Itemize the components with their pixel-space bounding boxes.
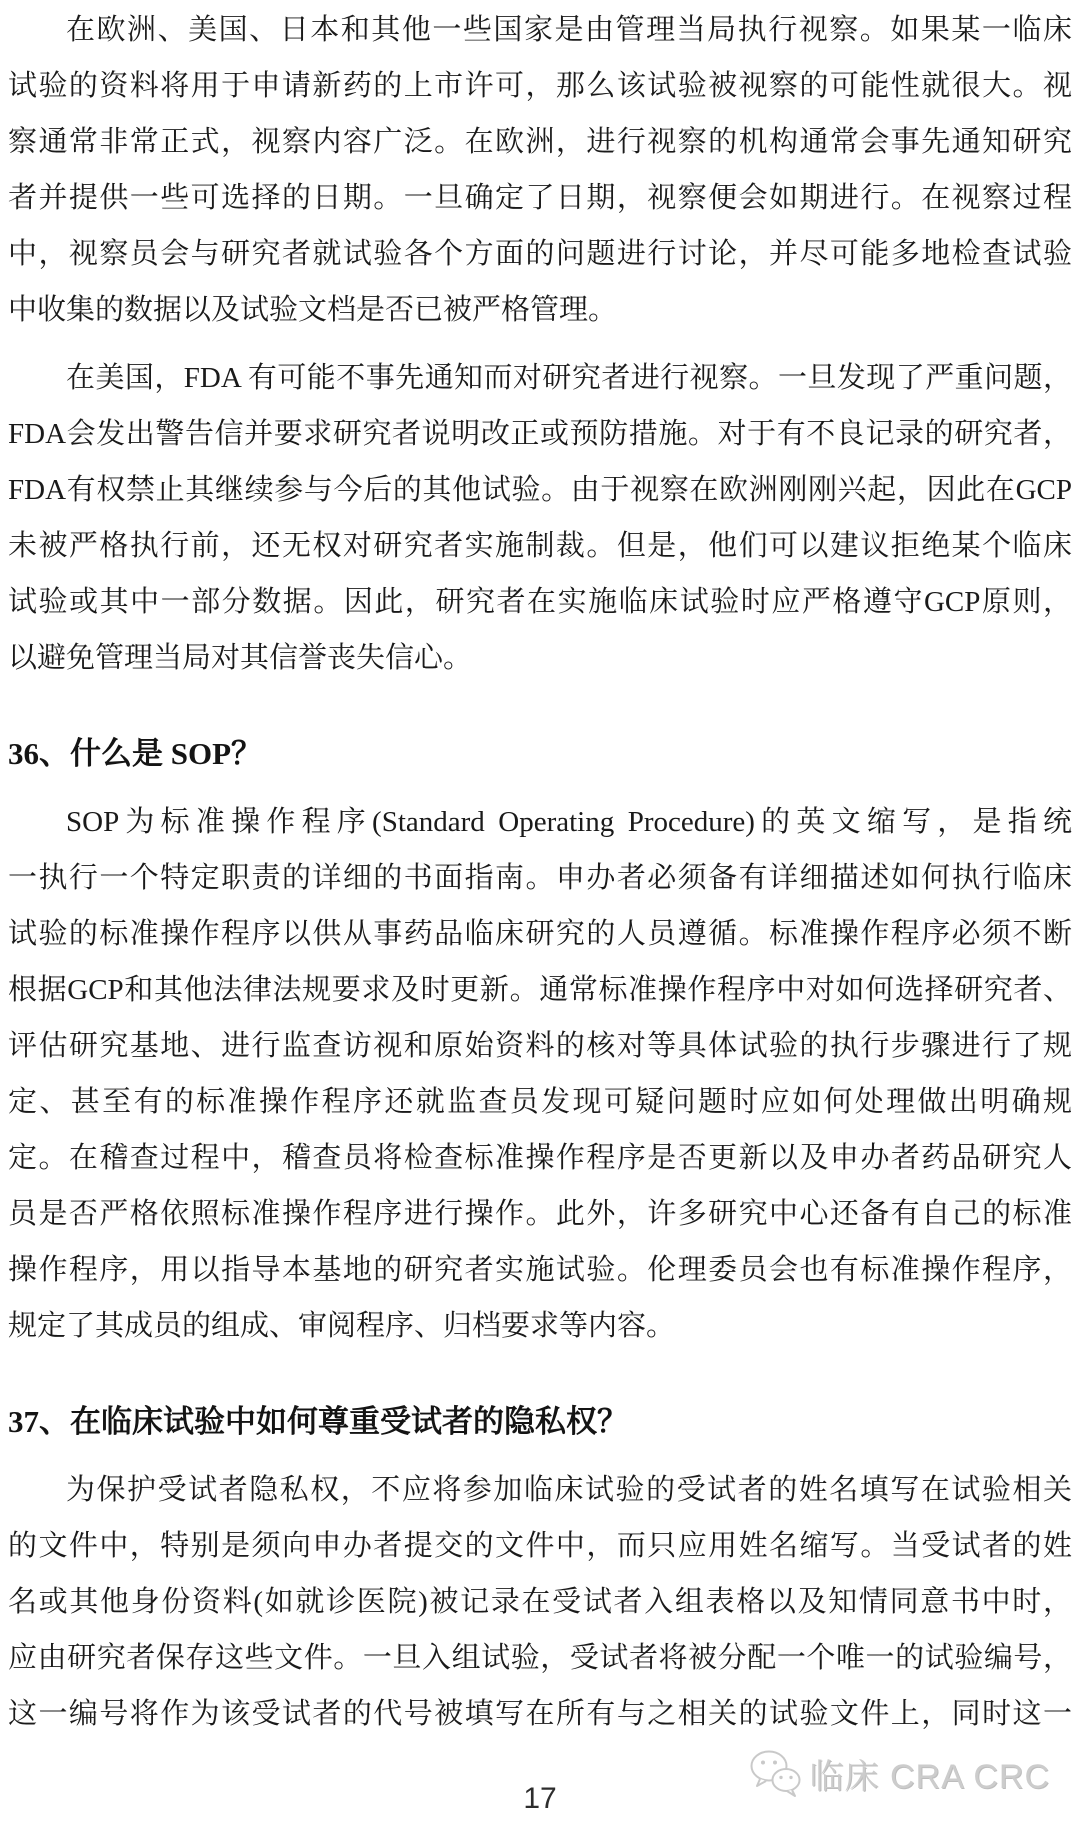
text-line: 定。在稽查过程中，稽查员将检查标准操作程序是否更新以及申办者药品研究人 [8,1130,1072,1186]
text-line: 规定了其成员的组成、审阅程序、归档要求等内容。 [8,1298,1072,1354]
section-heading-37: 37、在临床试验中如何尊重受试者的隐私权？ [8,1394,1072,1450]
text-line: FDA会发出警告信并要求研究者说明改正或预防措施。对于有不良记录的研究者， [8,406,1072,462]
text-line: 试验的标准操作程序以供从事药品临床研究的人员遵循。标准操作程序必须不断 [8,906,1072,962]
text-line: 为保护受试者隐私权，不应将参加临床试验的受试者的姓名填写在试验相关 [8,1462,1072,1518]
text-line: 一执行一个特定职责的详细的书面指南。申办者必须备有详细描述如何执行临床 [8,850,1072,906]
text-line: 中，视察员会与研究者就试验各个方面的问题进行讨论，并尽可能多地检查试验 [8,226,1072,282]
text-line: 员是否严格依照标准操作程序进行操作。此外，许多研究中心还备有自己的标准 [8,1186,1072,1242]
text-line: 应由研究者保存这些文件。一旦入组试验，受试者将被分配一个唯一的试验编号， [8,1630,1072,1686]
section-heading-36: 36、什么是 SOP？ [8,726,1072,782]
text-line: 在美国，FDA 有可能不事先通知而对研究者进行视察。一旦发现了严重问题， [8,350,1072,406]
text-line: 名或其他身份资料(如就诊医院)被记录在受试者入组表格以及知情同意书中时， [8,1574,1072,1630]
text-line: 者并提供一些可选择的日期。一旦确定了日期，视察便会如期进行。在视察过程 [8,170,1072,226]
text-line: SOP为标准操作程序(Standard Operating Procedure)… [8,794,1072,850]
text-line: FDA有权禁止其继续参与今后的其他试验。由于视察在欧洲刚刚兴起，因此在GCP [8,462,1072,518]
text-line: 以避免管理当局对其信誉丧失信心。 [8,630,1072,686]
text-line: 这一编号将作为该受试者的代号被填写在所有与之相关的试验文件上，同时这一 [8,1686,1072,1742]
paragraph: 为保护受试者隐私权，不应将参加临床试验的受试者的姓名填写在试验相关 的文件中，特… [8,1462,1072,1742]
document-page: 在欧洲、美国、日本和其他一些国家是由管理当局执行视察。如果某一临床 试验的资料将… [0,0,1080,1827]
text-line: 察通常非常正式，视察内容广泛。在欧洲，进行视察的机构通常会事先通知研究 [8,114,1072,170]
text-line: 在欧洲、美国、日本和其他一些国家是由管理当局执行视察。如果某一临床 [8,2,1072,58]
paragraph: 在美国，FDA 有可能不事先通知而对研究者进行视察。一旦发现了严重问题， FDA… [8,350,1072,686]
text-line: 定、甚至有的标准操作程序还就监查员发现可疑问题时应如何处理做出明确规 [8,1074,1072,1130]
document-content: 在欧洲、美国、日本和其他一些国家是由管理当局执行视察。如果某一临床 试验的资料将… [8,0,1072,1742]
text-line: 中收集的数据以及试验文档是否已被严格管理。 [8,282,1072,338]
text-line: 评估研究基地、进行监查访视和原始资料的核对等具体试验的执行步骤进行了规 [8,1018,1072,1074]
page-number: 17 [0,1782,1080,1816]
text-line: 试验或其中一部分数据。因此，研究者在实施临床试验时应严格遵守GCP原则， [8,574,1072,630]
text-line: 操作程序，用以指导本基地的研究者实施试验。伦理委员会也有标准操作程序， [8,1242,1072,1298]
text-line: 的文件中，特别是须向申办者提交的文件中，而只应用姓名缩写。当受试者的姓 [8,1518,1072,1574]
paragraph: 在欧洲、美国、日本和其他一些国家是由管理当局执行视察。如果某一临床 试验的资料将… [8,2,1072,338]
text-line: 未被严格执行前，还无权对研究者实施制裁。但是，他们可以建议拒绝某个临床 [8,518,1072,574]
paragraph: SOP为标准操作程序(Standard Operating Procedure)… [8,794,1072,1354]
text-line: 试验的资料将用于申请新药的上市许可，那么该试验被视察的可能性就很大。视 [8,58,1072,114]
text-line: 根据GCP和其他法律法规要求及时更新。通常标准操作程序中对如何选择研究者、 [8,962,1072,1018]
